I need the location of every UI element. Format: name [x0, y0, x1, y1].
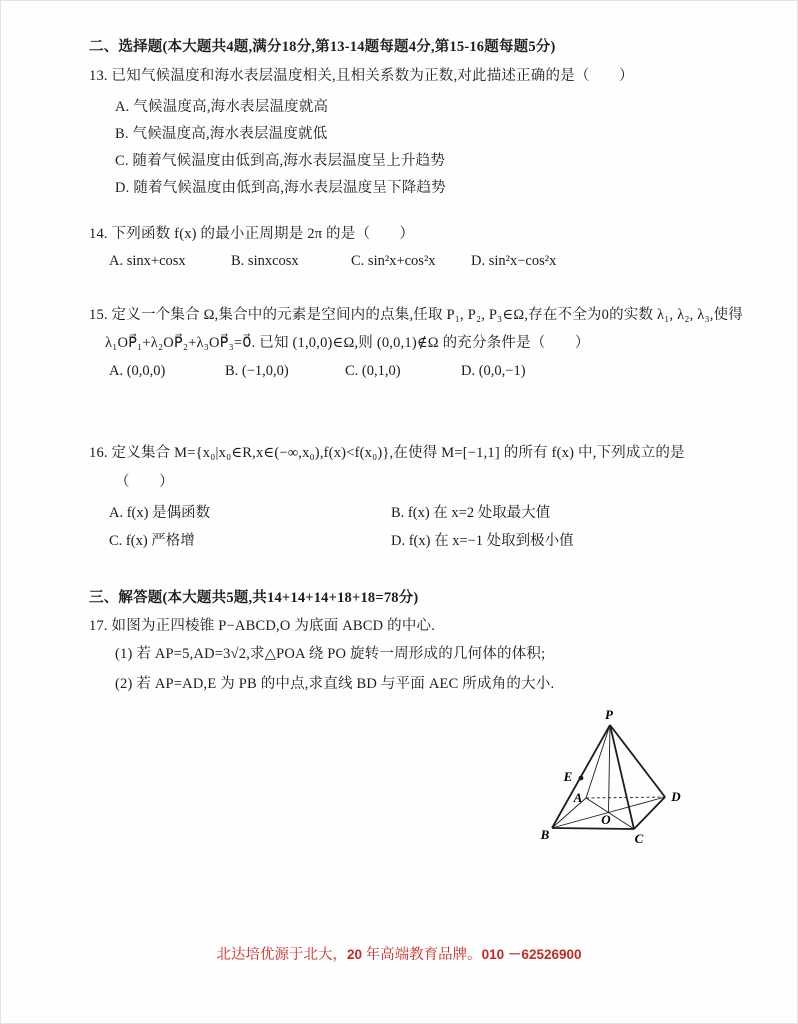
q17-part1: (1) 若 AP=5,AD=3√2,求△POA 绕 PO 旋转一周形成的几何体的… [115, 642, 545, 663]
q15-stem-line1: 15. 定义一个集合 Ω,集合中的元素是空间内的点集,任取 P₁, P₂, P₃… [89, 303, 743, 324]
footer-ad: 北达培优源于北大，20 年高端教育品牌。010 －62526900 [1, 943, 797, 964]
label-C: C [635, 831, 644, 846]
q15-option-a: A. (0,0,0) [109, 363, 165, 380]
q14-option-a: A. sinx+cosx [109, 253, 186, 270]
q14-option-b: B. sinxcosx [231, 253, 299, 270]
q13-option-b: B. 气候温度高,海水表层温度就低 [115, 122, 327, 143]
q15-option-b: B. (−1,0,0) [225, 363, 289, 380]
q16-stem-line2: （ ） [115, 470, 174, 491]
q13-option-c: C. 随着气候温度由低到高,海水表层温度呈上升趋势 [115, 149, 445, 170]
label-A: A [573, 790, 583, 805]
segment-PO [609, 725, 611, 813]
q14-stem: 14. 下列函数 f(x) 的最小正周期是 2π 的是（ ） [89, 222, 414, 243]
label-D: D [670, 789, 681, 804]
q13-option-a: A. 气候温度高,海水表层温度就高 [115, 95, 328, 116]
q13-stem: 13. 已知气候温度和海水表层温度相关,且相关系数为正数,对此描述正确的是（ ） [89, 64, 634, 85]
q16-stem-line1: 16. 定义集合 M={x₀|x₀∈R,x∈(−∞,x₀),f(x)<f(x₀)… [89, 441, 685, 462]
point-E-dot [579, 776, 584, 781]
edge-BC [552, 828, 634, 829]
q17-stem: 17. 如图为正四棱锥 P−ABCD,O 为底面 ABCD 的中心. [89, 614, 435, 635]
label-P: P [605, 707, 614, 722]
section-answer-header: 三、解答题(本大题共5题,共14+14+14+18+18=78分) [89, 586, 418, 607]
q15-option-c: C. (0,1,0) [345, 363, 401, 380]
q16-option-c: C. f(x) 严格增 [109, 529, 195, 550]
q13-option-d: D. 随着气候温度由低到高,海水表层温度呈下降趋势 [115, 176, 446, 197]
section-choice-header: 二、选择题(本大题共4题,满分18分,第13-14题每题4分,第15-16题每题… [89, 35, 556, 56]
pyramid-figure: P E A D B O C [521, 701, 701, 851]
edge-CD [634, 797, 665, 829]
exam-page: 二、选择题(本大题共4题,满分18分,第13-14题每题4分,第15-16题每题… [0, 0, 798, 1024]
q16-option-b: B. f(x) 在 x=2 处取最大值 [391, 501, 550, 522]
edge-AD-hidden [586, 797, 665, 798]
q15-option-d: D. (0,0,−1) [461, 363, 526, 380]
footer-phone: 010 －62526900 [482, 947, 582, 962]
q17-part2: (2) 若 AP=AD,E 为 PB 的中点,求直线 BD 与平面 AEC 所成… [115, 672, 554, 693]
q14-option-d: D. sin²x−cos²x [471, 253, 556, 270]
footer-text-3: 年高端教育品牌。 [362, 947, 482, 963]
label-E: E [563, 769, 573, 784]
footer-text-1: 北达培优源于北大， [217, 947, 348, 963]
q14-option-c: C. sin²x+cos²x [351, 253, 436, 270]
label-B: B [540, 827, 550, 842]
q16-option-a: A. f(x) 是偶函数 [109, 501, 210, 522]
q15-stem-line2: λ₁OP⃗₁+λ₂OP⃗₂+λ₃OP⃗₃=0⃗. 已知 (1,0,0)∈Ω,则 … [105, 331, 590, 352]
q16-option-d: D. f(x) 在 x=−1 处取到极小值 [391, 529, 574, 550]
footer-text-2: 20 [347, 947, 362, 962]
label-O: O [601, 812, 611, 827]
